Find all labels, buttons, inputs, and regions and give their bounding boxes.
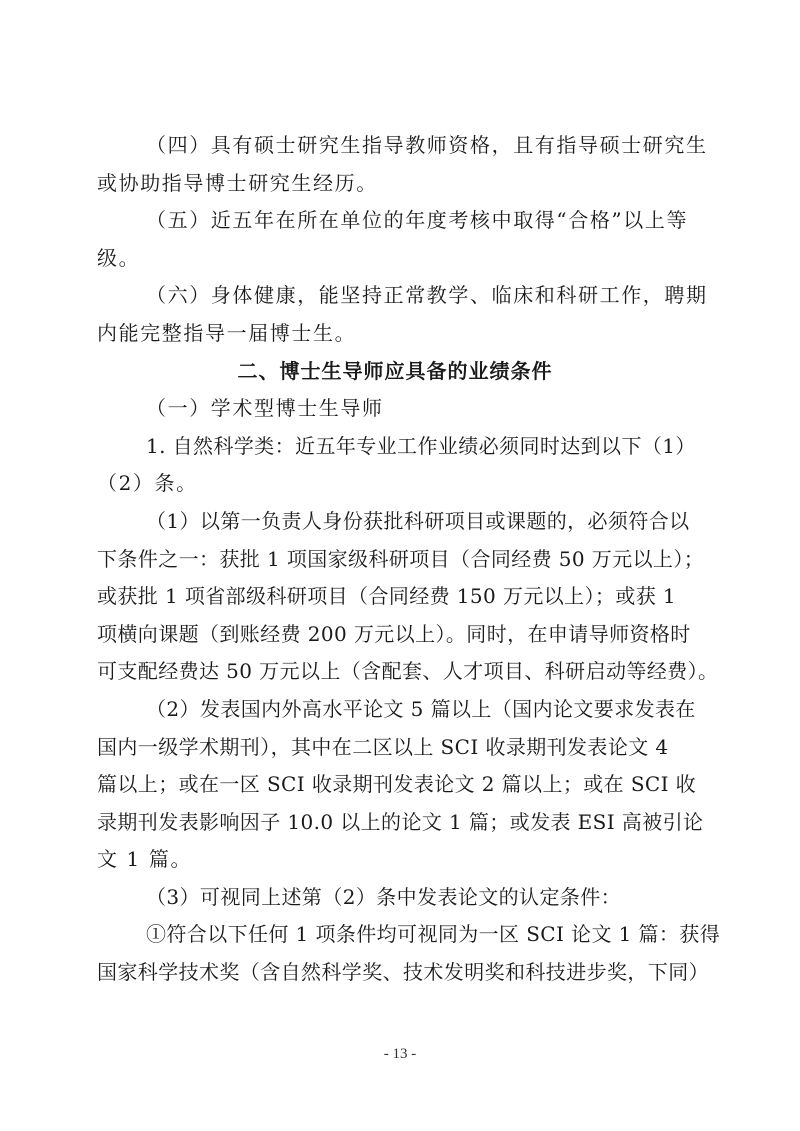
paragraph-qualification-5: （五）近五年在所在单位的年度考核中取得“合格”以上等 — [97, 202, 693, 240]
condition-1-research-projects: （1）以第一负责人身份获批科研项目或课题的，必须符合以 — [97, 503, 693, 541]
page-number: - 13 - — [0, 1046, 800, 1063]
condition-2-publications: （2）发表国内外高水平论文 5 篇以上（国内论文要求发表在 — [97, 691, 693, 729]
condition-2-line-3: 篇以上；或在一区 SCI 收录期刊发表论文 2 篇以上；或在 SCI 收 — [97, 766, 693, 804]
condition-1-line-4: 项横向课题（到账经费 200 万元以上）。同时，在申请导师资格时 — [97, 616, 693, 654]
condition-2-line-4: 录期刊发表影响因子 10.0 以上的论文 1 篇；或发表 ESI 高被引论 — [97, 804, 693, 842]
equivalence-item-1: ①符合以下任何 1 项条件均可视同为一区 SCI 论文 1 篇：获得 — [97, 916, 693, 954]
paragraph-qualification-4: （四）具有硕士研究生指导教师资格，且有指导硕士研究生 — [97, 127, 693, 165]
section-heading-performance-conditions: 二、博士生导师应具备的业绩条件 — [97, 353, 693, 391]
document-page: （四）具有硕士研究生指导教师资格，且有指导硕士研究生 或协助指导博士研究生经历。… — [0, 0, 800, 1131]
item-natural-sciences: 1. 自然科学类：近五年专业工作业绩必须同时达到以下（1） — [97, 428, 693, 466]
paragraph-qualification-5-cont: 级。 — [97, 240, 693, 278]
condition-2-line-5: 文 1 篇。 — [97, 841, 693, 879]
condition-1-line-3: 或获批 1 项省部级科研项目（合同经费 150 万元以上）；或获 1 — [97, 578, 693, 616]
subsection-heading-academic-supervisor: （一）学术型博士生导师 — [97, 390, 693, 428]
item-natural-sciences-cont: （2）条。 — [97, 465, 693, 503]
condition-2-line-2: 国内一级学术期刊），其中在二区以上 SCI 收录期刊发表论文 4 — [97, 729, 693, 767]
paragraph-qualification-6: （六）身体健康，能坚持正常教学、临床和科研工作，聘期 — [97, 277, 693, 315]
paragraph-qualification-4-cont: 或协助指导博士研究生经历。 — [97, 165, 693, 203]
equivalence-item-1-cont: 国家科学技术奖（含自然科学奖、技术发明奖和科技进步奖，下同） — [97, 954, 693, 992]
condition-1-line-5: 可支配经费达 50 万元以上（含配套、人才项目、科研启动等经费）。 — [97, 653, 693, 691]
paragraph-qualification-6-cont: 内能完整指导一届博士生。 — [97, 315, 693, 353]
condition-1-line-2: 下条件之一：获批 1 项国家级科研项目（合同经费 50 万元以上）； — [97, 541, 693, 579]
condition-3-equivalence: （3）可视同上述第（2）条中发表论文的认定条件： — [97, 879, 693, 917]
document-body: （四）具有硕士研究生指导教师资格，且有指导硕士研究生 或协助指导博士研究生经历。… — [97, 127, 693, 992]
